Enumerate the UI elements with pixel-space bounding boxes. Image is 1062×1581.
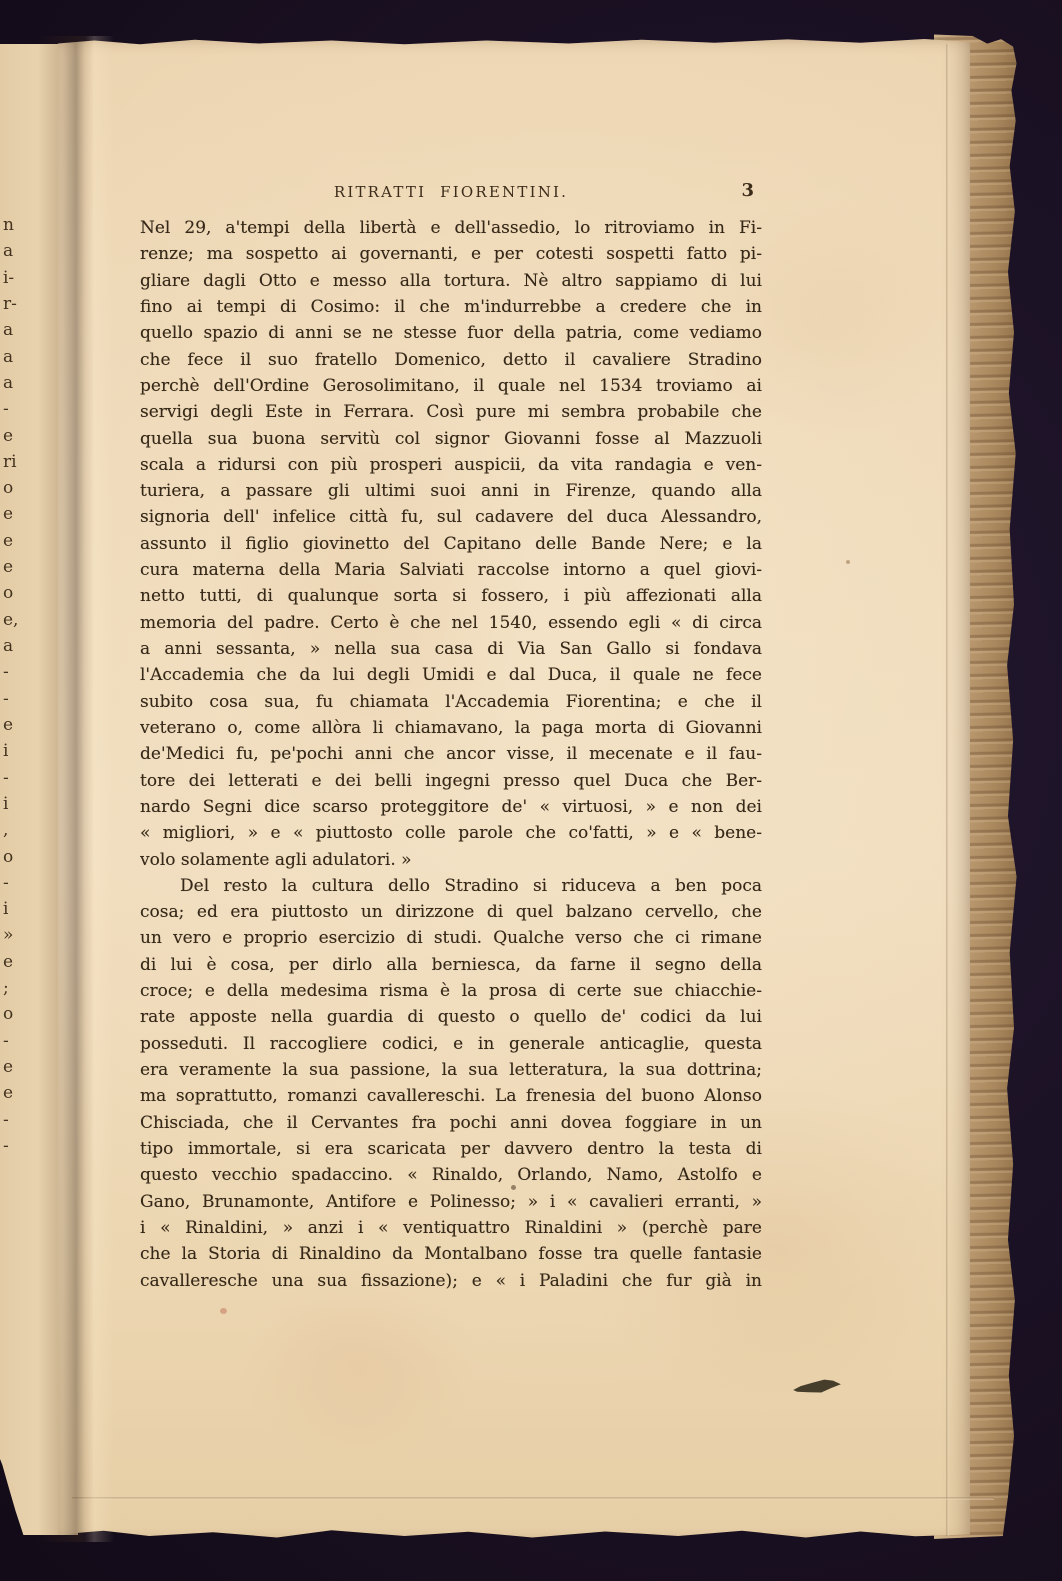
text-line: i « Rinaldini, » anzi i « ventiquattro R… <box>140 1215 762 1241</box>
margin-letter-fragment: - <box>3 1107 33 1133</box>
margin-letter-fragment: - <box>3 765 33 791</box>
margin-letter-fragment: - <box>3 686 33 712</box>
margin-letter-fragment: e <box>3 1080 33 1106</box>
text-line: volo solamente agli adulatori. » <box>140 847 762 873</box>
margin-letter-fragment: o <box>3 475 33 501</box>
margin-letter-fragment: a <box>3 238 33 264</box>
text-line: veterano o, come allòra li chiamavano, l… <box>140 715 762 741</box>
margin-letter-fragment: - <box>3 870 33 896</box>
text-line: rate apposte nella guardia di questo o q… <box>140 1004 762 1030</box>
text-line: subito cosa sua, fu chiamata l'Accademia… <box>140 689 762 715</box>
margin-letter-fragment: e, <box>3 607 33 633</box>
margin-letter-fragment: r- <box>3 291 33 317</box>
text-line: assunto il figlio giovinetto del Capitan… <box>140 531 762 557</box>
text-line: l'Accademia che da lui degli Umidi e dal… <box>140 662 762 688</box>
text-line: questo vecchio spadaccino. « Rinaldo, Or… <box>140 1162 762 1188</box>
margin-letter-fragment: o <box>3 580 33 606</box>
paper-speck <box>846 560 850 564</box>
text-line: che fece il suo fratello Domenico, detto… <box>140 347 762 373</box>
margin-letter-fragment: o <box>3 844 33 870</box>
text-line: cavalleresche una sua fissazione); e « i… <box>140 1268 762 1294</box>
page-number: 3 <box>741 180 754 201</box>
text-line: gliare dagli Otto e messo alla tortura. … <box>140 268 762 294</box>
vertical-crease <box>946 44 949 1536</box>
margin-letter-fragment: - <box>3 396 33 422</box>
margin-letter-fragment: - <box>3 1028 33 1054</box>
running-header: RITRATTI FIORENTINI. 3 <box>140 176 762 206</box>
book-scan: nai-r-aaa-erioeeeoe,a--ei-i,o-i»e;o-ee--… <box>0 0 1062 1581</box>
text-line: Del resto la cultura dello Stradino si r… <box>140 873 762 899</box>
margin-letter-fragment: a <box>3 344 33 370</box>
text-line: tipo immortale, si era scaricata per dav… <box>140 1136 762 1162</box>
margin-letter-fragment: i <box>3 896 33 922</box>
margin-letter-fragment: , <box>3 817 33 843</box>
text-line: croce; e della medesima risma è la prosa… <box>140 978 762 1004</box>
text-line: che la Storia di Rinaldino da Montalbano… <box>140 1241 762 1267</box>
text-line: a anni sessanta, » nella sua casa di Via… <box>140 636 762 662</box>
margin-letter-fragment: n <box>3 212 33 238</box>
text-line: « migliori, » e « piuttosto colle parole… <box>140 820 762 846</box>
paper-stain <box>238 1266 478 1466</box>
margin-letter-fragment: a <box>3 370 33 396</box>
margin-letter-fragment: ri <box>3 449 33 475</box>
text-line: Chisciada, che il Cervantes fra pochi an… <box>140 1110 762 1136</box>
page-body: Nel 29, a'tempi della libertà e dell'ass… <box>140 215 762 1294</box>
margin-letter-fragment: e <box>3 528 33 554</box>
page-text-block: RITRATTI FIORENTINI. 3 Nel 29, a'tempi d… <box>140 176 762 1294</box>
margin-letter-fragment: e <box>3 712 33 738</box>
text-line: di lui è cosa, per dirlo alla berniesca,… <box>140 952 762 978</box>
text-line: signoria dell' infelice città fu, sul ca… <box>140 504 762 530</box>
margin-letter-fragment: - <box>3 659 33 685</box>
page-title: RITRATTI FIORENTINI. <box>140 176 762 201</box>
margin-letter-fragment: o <box>3 1001 33 1027</box>
text-line: scala a ridursi con più prosperi auspici… <box>140 452 762 478</box>
margin-letter-fragment: - <box>3 1133 33 1159</box>
text-line: memoria del padre. Certo è che nel 1540,… <box>140 610 762 636</box>
margin-letter-fragment: e <box>3 554 33 580</box>
margin-letter-fragment: e <box>3 949 33 975</box>
text-line: quella sua buona servitù col signor Giov… <box>140 426 762 452</box>
text-line: un vero e proprio esercizio di studi. Qu… <box>140 925 762 951</box>
text-line: quello spazio di anni se ne stesse fuor … <box>140 320 762 346</box>
text-line: nardo Segni dice scarso proteggitore de'… <box>140 794 762 820</box>
text-line: netto tutti, di qualunque sorta si fosse… <box>140 583 762 609</box>
margin-letter-fragment: i- <box>3 265 33 291</box>
text-line: Gano, Brunamonte, Antifore e Polinesso; … <box>140 1189 762 1215</box>
text-line: Nel 29, a'tempi della libertà e dell'ass… <box>140 215 762 241</box>
previous-page-text-fragments: nai-r-aaa-erioeeeoe,a--ei-i,o-i»e;o-ee-- <box>3 212 33 1159</box>
text-line: tore dei letterati e dei belli ingegni p… <box>140 768 762 794</box>
text-line: renze; ma sospetto ai governanti, e per … <box>140 241 762 267</box>
margin-letter-fragment: i <box>3 791 33 817</box>
text-line: perchè dell'Ordine Gerosolimitano, il qu… <box>140 373 762 399</box>
margin-letter-fragment: a <box>3 317 33 343</box>
horizontal-crease <box>72 1497 994 1500</box>
text-line: de'Medici fu, pe'pochi anni che ancor vi… <box>140 741 762 767</box>
margin-letter-fragment: e <box>3 423 33 449</box>
margin-letter-fragment: a <box>3 633 33 659</box>
text-line: posseduti. Il raccogliere codici, e in g… <box>140 1031 762 1057</box>
margin-letter-fragment: e <box>3 501 33 527</box>
margin-letter-fragment: e <box>3 1054 33 1080</box>
paper-speck <box>511 1185 516 1190</box>
margin-letter-fragment: ; <box>3 975 33 1001</box>
text-line: fino ai tempi di Cosimo: il che m'indurr… <box>140 294 762 320</box>
text-line: ma soprattutto, romanzi cavallereschi. L… <box>140 1083 762 1109</box>
paper-speck <box>220 1308 227 1314</box>
margin-letter-fragment: i <box>3 738 33 764</box>
text-line: turiera, a passare gli ultimi suoi anni … <box>140 478 762 504</box>
text-line: era veramente la sua passione, la sua le… <box>140 1057 762 1083</box>
text-line: cosa; ed era piuttosto un dirizzone di q… <box>140 899 762 925</box>
margin-letter-fragment: » <box>3 922 33 948</box>
text-line: servigi degli Este in Ferrara. Così pure… <box>140 399 762 425</box>
text-line: cura materna della Maria Salviati raccol… <box>140 557 762 583</box>
